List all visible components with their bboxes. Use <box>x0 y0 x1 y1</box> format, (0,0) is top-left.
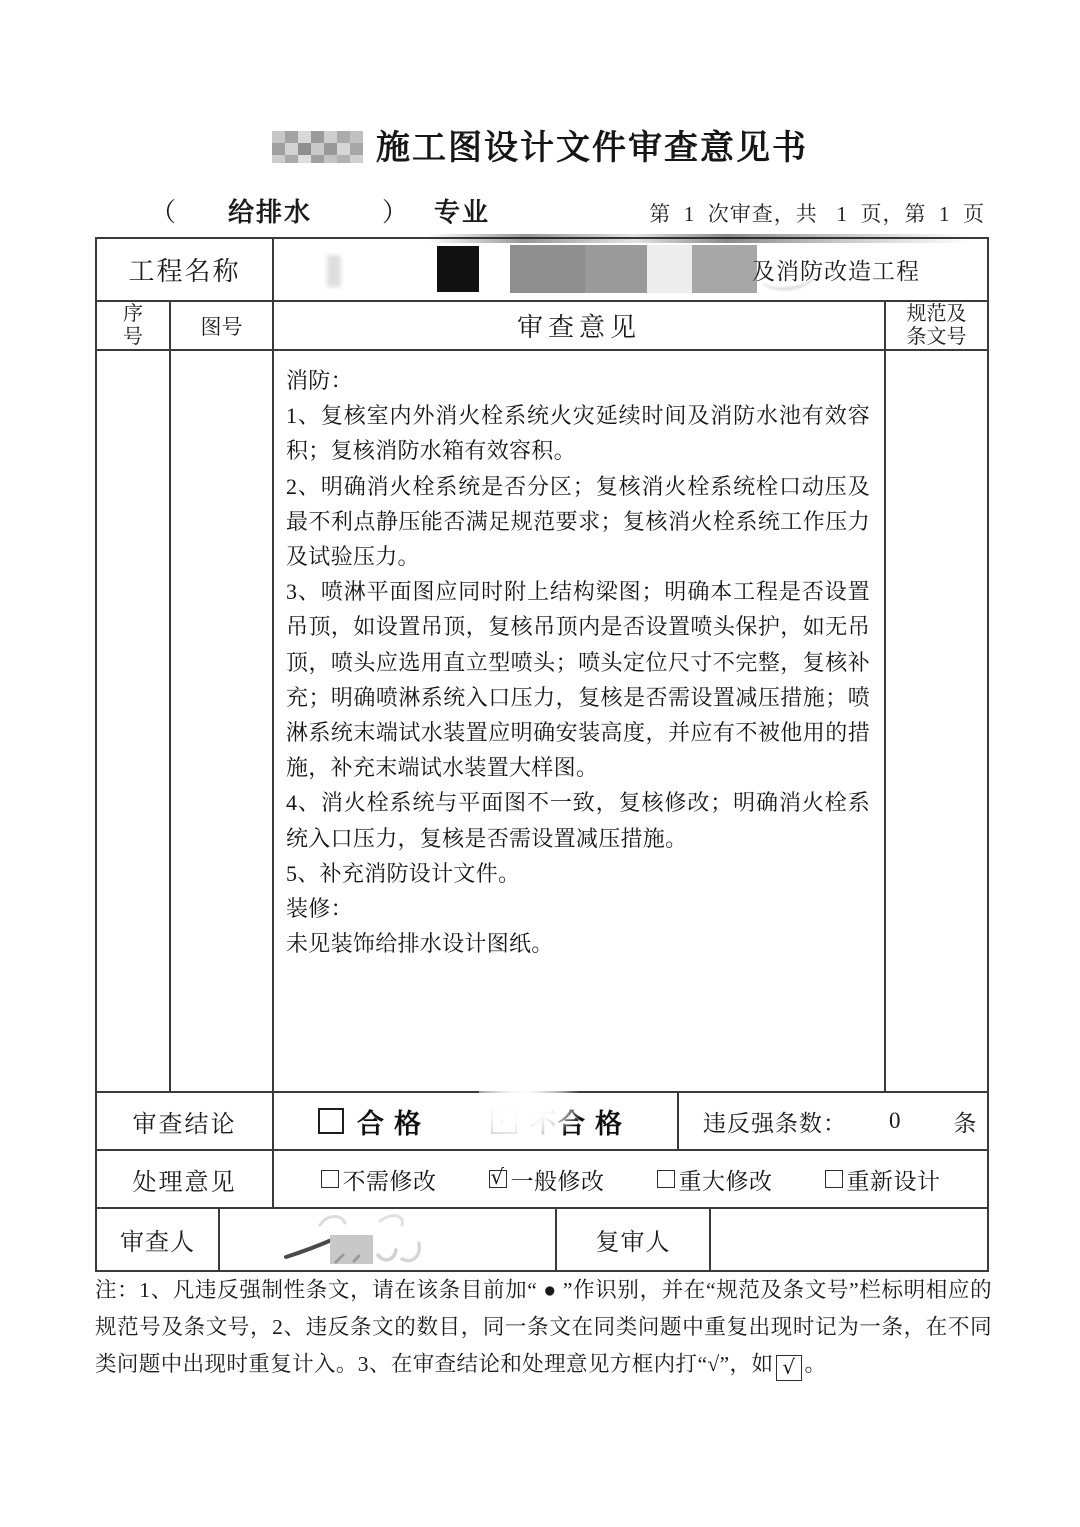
project-redaction-gray-3 <box>692 245 757 293</box>
scanned-review-document: 施工图设计文件审查意见书 （给排水）专业 第 1 次审查，共 1 页，第 1 页… <box>0 0 1080 1527</box>
col-header-opinion: 审查意见 <box>272 302 884 349</box>
handling-option: 重新设计 <box>825 1163 941 1196</box>
code-no-cell-empty <box>884 351 987 1091</box>
signature-scribble <box>220 1209 557 1266</box>
project-redaction-gray-1 <box>510 245 585 293</box>
reviewer-signature <box>218 1209 555 1270</box>
project-name-value: 及消防改造工程 <box>272 239 987 300</box>
fail-option-label: 合格 <box>558 1102 632 1141</box>
review-paragraph: 5、补充消防设计文件。 <box>286 856 870 891</box>
title-redaction-mosaic <box>272 127 372 174</box>
pass-option-label: 合格 <box>357 1102 431 1141</box>
review-paragraph: 1、复核室内外消火栓系统火灾延续时间及消防水池有效容积；复核消防水箱有效容积。 <box>286 398 870 468</box>
handling-option: 不需修改 <box>321 1163 437 1196</box>
reviewer-label: 审查人 <box>97 1209 218 1270</box>
violations-count: 0 <box>889 1108 902 1134</box>
handling-option-label: 重大修改 <box>679 1163 773 1196</box>
check-mark: √ <box>491 1167 505 1188</box>
re-reviewer-signature-empty <box>709 1209 987 1270</box>
review-opinions-cell: 消防：1、复核室内外消火栓系统火灾延续时间及消防水池有效容积；复核消防水箱有效容… <box>272 351 884 1091</box>
pass-option: 合格 <box>318 1102 431 1141</box>
empty-checkbox-icon <box>825 1170 843 1188</box>
handling-option-label: 一般修改 <box>511 1163 605 1196</box>
handling-label: 处理意见 <box>97 1151 272 1207</box>
column-header-row: 序 号 图号 审查意见 规范及 条文号 <box>97 300 987 349</box>
project-name-label: 工程名称 <box>97 239 272 300</box>
review-paragraph: 3、喷淋平面图应同时附上结构梁图；明确本工程是否设置吊顶，如设置吊顶，复核吊顶内… <box>286 574 870 785</box>
document-title-row: 施工图设计文件审查意见书 <box>0 120 1080 174</box>
review-paragraph: 消防： <box>286 363 870 398</box>
fail-option: √ 不 合格 <box>491 1102 632 1141</box>
empty-checkbox-icon <box>321 1170 339 1188</box>
signers-row: 审查人 复审人 <box>97 1207 987 1270</box>
footnotes: 注：1、凡违反强制性条文，请在该条目前加“ ● ”作识别，并在“规范及条文号”栏… <box>95 1272 992 1383</box>
re-reviewer-label: 复审人 <box>555 1209 709 1270</box>
open-paren: （ <box>150 197 176 227</box>
violations-unit: 条 <box>954 1105 978 1138</box>
subject-row: （给排水）专业 第 1 次审查，共 1 页，第 1 页 <box>150 192 985 229</box>
conclusion-label: 审查结论 <box>97 1093 272 1149</box>
handling-row: 处理意见 不需修改√一般修改重大修改重新设计 <box>97 1149 987 1207</box>
handling-options-cell: 不需修改√一般修改重大修改重新设计 <box>272 1151 987 1207</box>
handling-option-label: 不需修改 <box>343 1163 437 1196</box>
violations-cell: 违反强条数： 0 条 <box>677 1093 987 1149</box>
note-text: 注：1、凡违反强制性条文，请在该条目前加“ ● ”作识别，并在“规范及条文号”栏… <box>95 1278 992 1376</box>
note-example-check-mark: √ <box>782 1355 795 1379</box>
review-paragraph: 未见装饰给排水设计图纸。 <box>286 926 870 961</box>
project-name-row: 工程名称 及消防改造工程 <box>97 239 987 300</box>
close-paren: ） <box>382 197 408 227</box>
col-header-drawing-no: 图号 <box>169 302 272 349</box>
review-table: 工程名称 及消防改造工程 序 号 图号 审查意见 规范及 条文号 消防：1、复 <box>95 237 989 1272</box>
conclusion-options-cell: 合格 √ 不 合格 <box>272 1093 677 1149</box>
project-redaction-gray-2 <box>585 245 647 293</box>
discipline-label: 专业 <box>434 197 490 227</box>
note-example-checked-checkbox: √ <box>776 1355 801 1381</box>
faint-character-smudge <box>327 255 341 287</box>
seq-cell-empty <box>97 351 169 1091</box>
document-title: 施工图设计文件审查意见书 <box>376 129 808 167</box>
discipline-name: 给排水 <box>228 197 312 227</box>
fail-checkbox-icon: √ <box>491 1108 517 1134</box>
violations-label: 违反强条数： <box>703 1105 847 1138</box>
review-paragraph: 4、消火栓系统与平面图不一致，复核修改；明确消火栓系统入口压力，复核是否需设置减… <box>286 785 870 855</box>
project-redaction-light <box>647 245 692 293</box>
review-paragraph: 装修： <box>286 891 870 926</box>
handling-option: √一般修改 <box>489 1163 605 1196</box>
handling-option-label: 重新设计 <box>847 1163 941 1196</box>
erased-check-mark: √ <box>495 1102 510 1130</box>
empty-checkbox-icon <box>657 1170 675 1188</box>
col-header-code-no: 规范及 条文号 <box>884 302 987 349</box>
review-body-row: 消防：1、复核室内外消火栓系统火灾延续时间及消防水池有效容积；复核消防水箱有效容… <box>97 349 987 1091</box>
drawing-no-cell-empty <box>169 351 272 1091</box>
handling-option: 重大修改 <box>657 1163 773 1196</box>
project-redaction-black <box>437 246 479 292</box>
note-text-end: 。 <box>805 1352 827 1376</box>
review-pagination: 第 1 次审查，共 1 页，第 1 页 <box>649 198 985 228</box>
fail-option-prefix: 不 <box>530 1103 556 1140</box>
review-paragraph: 2、明确消火栓系统是否分区；复核消火栓系统栓口动压及最不利点静压能否满足规范要求… <box>286 469 870 575</box>
pass-checkbox-icon <box>318 1108 344 1134</box>
project-name-suffix: 及消防改造工程 <box>752 239 920 300</box>
conclusion-row: 审查结论 合格 √ 不 合格 违反强条数： 0 条 <box>97 1091 987 1149</box>
checked-checkbox-icon: √ <box>489 1170 507 1188</box>
col-header-seq: 序 号 <box>97 302 169 349</box>
discipline-group: （给排水）专业 <box>150 192 490 229</box>
